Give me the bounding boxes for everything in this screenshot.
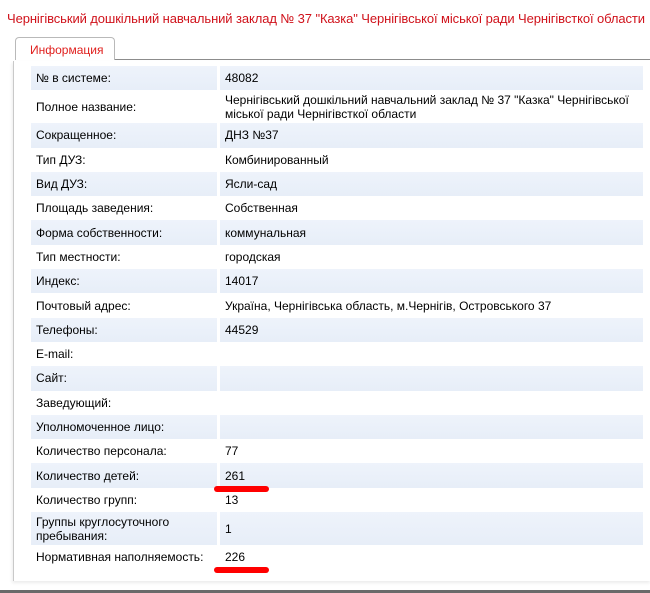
field-label: Тип местности: bbox=[31, 245, 220, 269]
field-value: 261 bbox=[220, 463, 643, 487]
highlight-underline bbox=[214, 567, 269, 573]
value-text: 14017 bbox=[225, 274, 258, 288]
field-value: Ясли-сад bbox=[220, 172, 643, 196]
field-value-text: Чернігівський дошкільний навчальний закл… bbox=[225, 93, 643, 121]
value-text: Комбинированный bbox=[225, 153, 329, 167]
field-value: 77 bbox=[220, 439, 643, 463]
field-label: Сокращенное: bbox=[31, 123, 220, 147]
field-value-text: 14017 bbox=[225, 274, 258, 288]
field-value bbox=[220, 342, 643, 366]
field-value bbox=[220, 415, 643, 439]
field-value: Чернігівський дошкільний навчальний закл… bbox=[220, 90, 643, 123]
field-label: Уполномоченное лицо: bbox=[31, 415, 220, 439]
field-value-text: коммунальная bbox=[225, 226, 306, 240]
value-text: 226 bbox=[225, 550, 245, 564]
field-label: Сайт: bbox=[31, 366, 220, 390]
table-row: Количество групп:13 bbox=[31, 488, 643, 512]
table-row: № в системе:48082 bbox=[31, 66, 643, 90]
field-label: E-mail: bbox=[31, 342, 220, 366]
tab-bar: Информация bbox=[0, 37, 650, 61]
table-row: Почтовый адрес:Україна, Чернігівська обл… bbox=[31, 293, 643, 317]
value-text: Ясли-сад bbox=[225, 177, 277, 191]
info-table: № в системе:48082Полное название:Чернігі… bbox=[31, 66, 643, 569]
value-text: коммунальная bbox=[225, 226, 306, 240]
field-value: коммунальная bbox=[220, 220, 643, 244]
field-value-text: 13 bbox=[225, 493, 238, 507]
table-row: Количество детей:261 bbox=[31, 463, 643, 487]
table-row: Уполномоченное лицо: bbox=[31, 415, 643, 439]
page-title: Чернігівський дошкільний навчальний закл… bbox=[7, 11, 645, 26]
value-text: городская bbox=[225, 250, 281, 264]
field-value-text: 1 bbox=[225, 522, 232, 536]
value-text: ДНЗ №37 bbox=[225, 128, 279, 142]
value-text: 13 bbox=[225, 493, 238, 507]
field-value: 13 bbox=[220, 488, 643, 512]
table-row: Группы круглосуточного пребывания:1 bbox=[31, 512, 643, 545]
field-label: Группы круглосуточного пребывания: bbox=[31, 512, 220, 545]
value-text: Чернігівський дошкільний навчальний закл… bbox=[225, 93, 629, 121]
field-value-text: Ясли-сад bbox=[225, 177, 277, 191]
table-row: Заведующий: bbox=[31, 391, 643, 415]
value-text: 48082 bbox=[225, 71, 258, 85]
table-row: Количество персонала:77 bbox=[31, 439, 643, 463]
value-text: Собственная bbox=[225, 201, 298, 215]
value-text: 44529 bbox=[225, 323, 258, 337]
field-value bbox=[220, 366, 643, 390]
field-label: Нормативная наполняемость: bbox=[31, 545, 220, 569]
table-row: E-mail: bbox=[31, 342, 643, 366]
field-label: Заведующий: bbox=[31, 391, 220, 415]
table-row: Сайт: bbox=[31, 366, 643, 390]
field-value-text: 48082 bbox=[225, 71, 258, 85]
field-value-text: 226 bbox=[225, 550, 245, 564]
field-value-text: городская bbox=[225, 250, 281, 264]
field-label: № в системе: bbox=[31, 66, 220, 90]
field-label: Полное название: bbox=[31, 90, 220, 123]
field-value: Комбинированный bbox=[220, 148, 643, 172]
field-value: 226 bbox=[220, 545, 643, 569]
tab-divider bbox=[115, 59, 650, 60]
value-text: 77 bbox=[225, 444, 238, 458]
table-row: Тип местности:городская bbox=[31, 245, 643, 269]
field-value: Україна, Чернігівська область, м.Чернігі… bbox=[220, 293, 643, 317]
field-value-text: Комбинированный bbox=[225, 153, 329, 167]
table-row: Площадь заведения:Собственная bbox=[31, 196, 643, 220]
field-label: Количество детей: bbox=[31, 463, 220, 487]
field-value: ДНЗ №37 bbox=[220, 123, 643, 147]
value-text: Україна, Чернігівська область, м.Чернігі… bbox=[225, 299, 551, 313]
field-label: Количество персонала: bbox=[31, 439, 220, 463]
field-value: 1 bbox=[220, 512, 643, 545]
field-value-text: 77 bbox=[225, 444, 238, 458]
value-text: 1 bbox=[225, 522, 232, 536]
value-text: 261 bbox=[225, 469, 245, 483]
field-value: Собственная bbox=[220, 196, 643, 220]
table-row: Сокращенное:ДНЗ №37 bbox=[31, 123, 643, 147]
table-row: Полное название:Чернігівський дошкільний… bbox=[31, 90, 643, 123]
field-value-text: Україна, Чернігівська область, м.Чернігі… bbox=[225, 299, 551, 313]
field-value-text: 261 bbox=[225, 469, 245, 483]
highlight-underline bbox=[214, 486, 269, 492]
table-row: Индекс:14017 bbox=[31, 269, 643, 293]
field-value: 48082 bbox=[220, 66, 643, 90]
field-label: Телефоны: bbox=[31, 318, 220, 342]
field-value: 44529 bbox=[220, 318, 643, 342]
table-row: Телефоны:44529 bbox=[31, 318, 643, 342]
field-label: Количество групп: bbox=[31, 488, 220, 512]
table-row: Форма собственности:коммунальная bbox=[31, 220, 643, 244]
field-label: Площадь заведения: bbox=[31, 196, 220, 220]
field-value: 14017 bbox=[220, 269, 643, 293]
field-value-text: Собственная bbox=[225, 201, 298, 215]
table-row: Вид ДУЗ:Ясли-сад bbox=[31, 172, 643, 196]
field-value bbox=[220, 391, 643, 415]
field-value-text: ДНЗ №37 bbox=[225, 128, 279, 142]
field-label: Почтовый адрес: bbox=[31, 293, 220, 317]
field-value: городская bbox=[220, 245, 643, 269]
field-value-text: 44529 bbox=[225, 323, 258, 337]
field-label: Вид ДУЗ: bbox=[31, 172, 220, 196]
table-row: Тип ДУЗ:Комбинированный bbox=[31, 148, 643, 172]
field-label: Индекс: bbox=[31, 269, 220, 293]
table-row: Нормативная наполняемость:226 bbox=[31, 545, 643, 569]
field-label: Форма собственности: bbox=[31, 220, 220, 244]
field-label: Тип ДУЗ: bbox=[31, 148, 220, 172]
tab-information[interactable]: Информация bbox=[15, 37, 115, 60]
